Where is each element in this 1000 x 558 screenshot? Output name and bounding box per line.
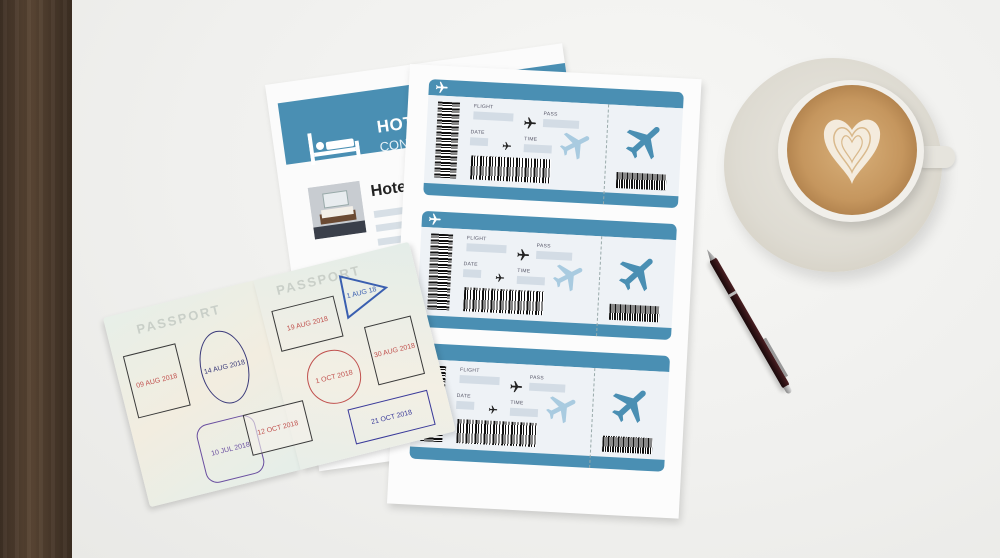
- plane-icon: [502, 141, 513, 152]
- plane-icon: [488, 405, 499, 416]
- plane-icon: [557, 126, 595, 164]
- passport-stamp: 1 AUG 18: [333, 267, 389, 317]
- plane-icon: [607, 381, 655, 429]
- time-label: TIME: [524, 136, 537, 143]
- barcode: [616, 172, 667, 191]
- plane-icon: [495, 273, 506, 284]
- date-label: DATE: [470, 129, 484, 136]
- plane-icon: [621, 117, 669, 165]
- pass-label: PASS: [543, 111, 557, 118]
- passport-stamp: 19 AUG 2018: [271, 296, 343, 352]
- photo-scene: HOTEL BOOKING CONFIRMATION Hotel booking…: [0, 0, 1000, 558]
- pass-label: PASS: [530, 375, 544, 382]
- plane-icon: [543, 390, 581, 428]
- flight-label: FLIGHT: [467, 235, 487, 242]
- barcode: [602, 436, 653, 455]
- flight-label: FLIGHT: [460, 367, 480, 374]
- barcode: [463, 287, 544, 315]
- barcode: [470, 155, 551, 183]
- passport-stamp: 09 AUG 2018: [123, 343, 191, 418]
- plane-icon: [509, 380, 524, 395]
- boarding-passes-sheet: FLIGHT PASS DATE TIME FLIGHT PASS: [387, 64, 702, 519]
- barcode: [434, 102, 460, 179]
- barcode: [456, 419, 537, 447]
- pass-label: PASS: [536, 243, 550, 250]
- plane-icon: [434, 80, 449, 95]
- barcode: [427, 233, 453, 310]
- plane-icon: [550, 258, 588, 296]
- latte-heart-art: [820, 110, 884, 188]
- plane-icon: [428, 212, 443, 227]
- passport-stamp: 30 AUG 2018: [364, 316, 425, 386]
- bed-icon: [307, 127, 361, 166]
- date-label: DATE: [463, 261, 477, 268]
- hotel-room-image: [308, 181, 367, 240]
- barcode: [609, 304, 660, 323]
- plane-icon: [614, 249, 662, 297]
- date-label: DATE: [457, 393, 471, 400]
- time-label: TIME: [517, 268, 530, 275]
- wood-surface: [0, 0, 72, 558]
- passport-watermark: PASSPORT: [135, 301, 223, 336]
- boarding-pass: FLIGHT PASS DATE TIME: [423, 79, 684, 210]
- passport-stamp: 14 AUG 2018: [192, 325, 256, 408]
- plane-icon: [516, 248, 531, 263]
- time-label: TIME: [510, 400, 523, 407]
- passport-stamp: 1 OCT 2018: [301, 344, 366, 409]
- passport-stamp: 21 OCT 2018: [347, 390, 435, 445]
- flight-label: FLIGHT: [474, 103, 494, 110]
- boarding-pass: FLIGHT PASS DATE TIME: [416, 211, 677, 342]
- plane-icon: [523, 116, 538, 131]
